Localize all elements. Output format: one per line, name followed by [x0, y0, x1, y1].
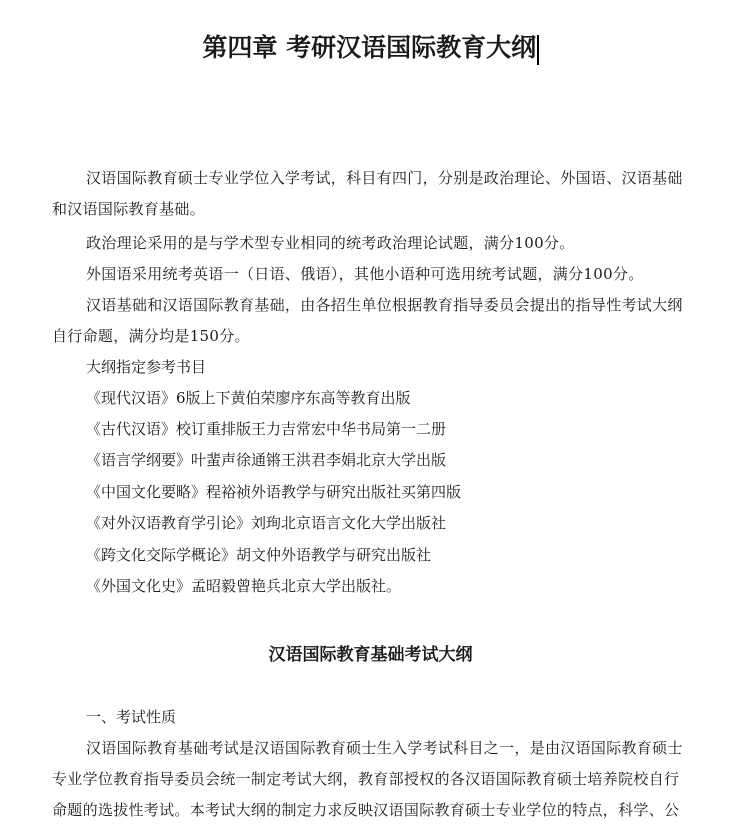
- reference-book: 《外国文化史》孟昭毅曾艳兵北京大学出版社。: [86, 576, 401, 596]
- chapter-title[interactable]: 第四章 考研汉语国际教育大纲: [0, 30, 741, 66]
- text-caret: [537, 35, 539, 65]
- reference-book: 《古代汉语》校订重排版王力吉常宏中华书局第一二册: [86, 419, 446, 439]
- reference-book: 《现代汉语》6版上下黄伯荣廖序东高等教育出版: [86, 388, 411, 408]
- intro-paragraph-2: 政治理论采用的是与学术型专业相同的统考政治理论试题，满分100分。: [52, 228, 692, 259]
- document-page: 第四章 考研汉语国际教育大纲 汉语国际教育硕士专业学位入学考试，科目有四门，分别…: [0, 0, 741, 837]
- reference-book: 《语言学纲要》叶蜚声徐通锵王洪君李娟北京大学出版: [86, 450, 446, 470]
- reference-book: 《中国文化要略》程裕祯外语教学与研究出版社买第四版: [86, 482, 461, 502]
- chapter-title-text: 第四章 考研汉语国际教育大纲: [202, 33, 536, 62]
- reference-book: 《对外汉语教育学引论》刘珣北京语言文化大学出版社: [86, 513, 446, 533]
- section-1-paragraph: 汉语国际教育基础考试是汉语国际教育硕士生入学考试科目之一，是由汉语国际教育硕士专…: [52, 733, 692, 826]
- intro-paragraph-3: 外国语采用统考英语一（日语、俄语），其他小语种可选用统考试题，满分100分。: [52, 259, 692, 290]
- section-title: 汉语国际教育基础考试大纲: [0, 640, 741, 665]
- reference-book: 《跨文化交际学概论》胡文仲外语教学与研究出版社: [86, 545, 431, 565]
- intro-paragraph-4: 汉语基础和汉语国际教育基础，由各招生单位根据教育指导委员会提出的指导性考试大纲自…: [52, 290, 692, 352]
- intro-paragraph-1: 汉语国际教育硕士专业学位入学考试，科目有四门，分别是政治理论、外国语、汉语基础和…: [52, 163, 692, 225]
- section-1-heading: 一、考试性质: [86, 707, 176, 727]
- reference-heading: 大纲指定参考书目: [86, 357, 206, 377]
